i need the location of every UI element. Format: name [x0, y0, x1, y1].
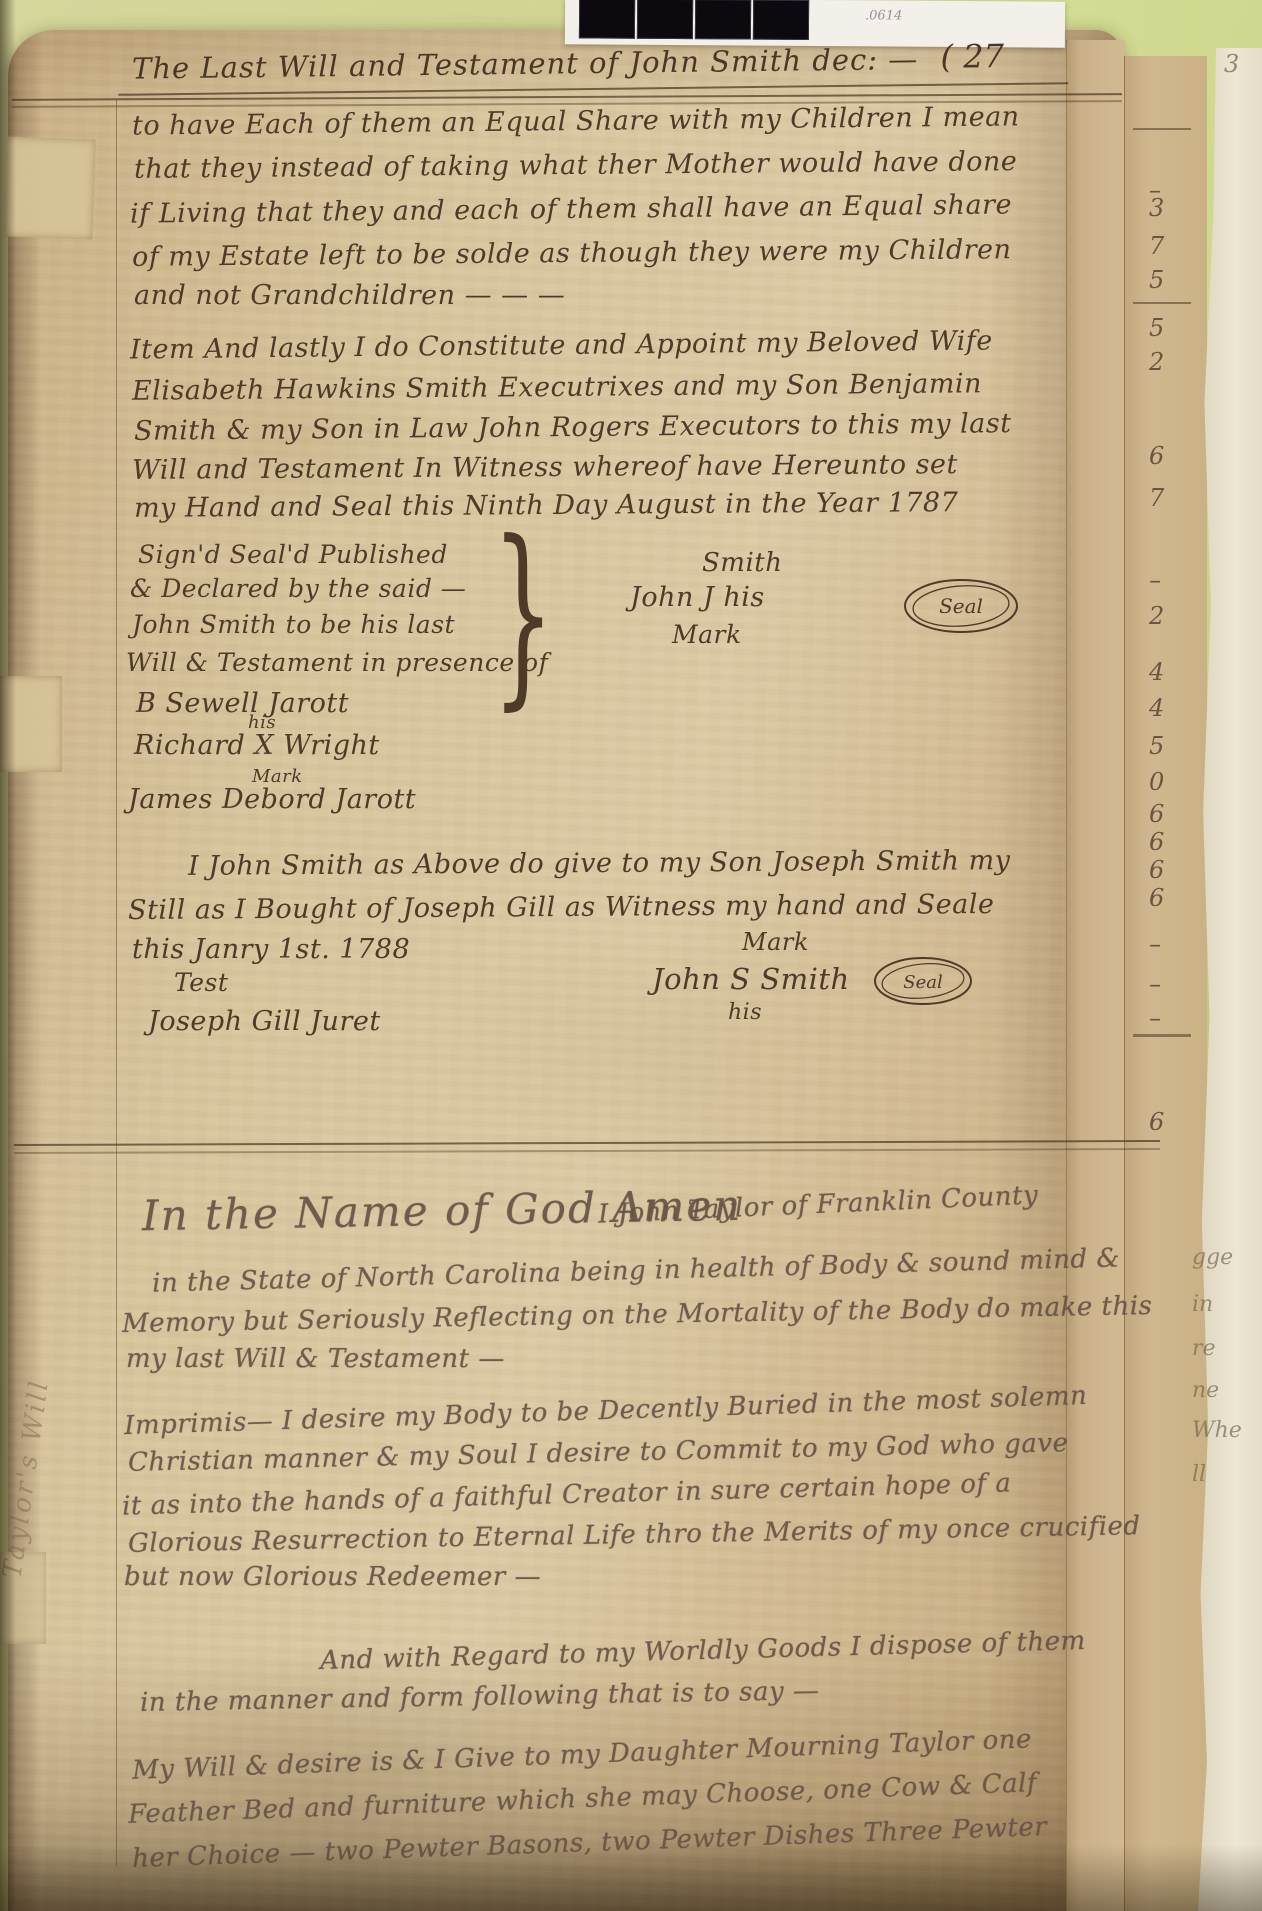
will-text-line: Will and Testament In Witness whereof ha…: [132, 449, 958, 486]
seal-stamp: Seal: [898, 570, 1024, 642]
codicil-mark-label: Mark: [742, 928, 809, 956]
margin-rule: [1133, 128, 1191, 130]
margin-number: –: [1149, 566, 1161, 594]
signature-name: John J his: [630, 582, 765, 613]
page-number: ( 27: [940, 37, 1004, 76]
margin-number: 5: [1149, 266, 1164, 294]
calibration-label: .0614: [865, 8, 902, 23]
edge-page-number: 3: [1224, 50, 1240, 78]
signature-mark-label: Mark: [672, 620, 742, 649]
margin-number: 3: [1149, 194, 1164, 222]
svg-text:Seal: Seal: [939, 594, 983, 618]
margin-number: 6: [1149, 884, 1164, 912]
bleed-fragment: gge: [1192, 1245, 1233, 1270]
margin-number: 4: [1149, 694, 1164, 722]
will-text-line: and not Grandchildren — — —: [134, 280, 565, 311]
calibration-square: [753, 0, 809, 40]
archival-scan: – 3 7 5 5 2 6 7 – 2 4 4 5 0 6 6 6 6 – – …: [0, 0, 1262, 1911]
bleed-fragment: ll: [1192, 1462, 1206, 1487]
witness-name: Richard X Wright: [134, 730, 380, 761]
codicil-line: I John Smith as Above do give to my Son …: [188, 845, 1011, 882]
attestation-line: John Smith to be his last: [132, 610, 455, 639]
test-witness-name: Joseph Gill Juret: [148, 1006, 381, 1037]
calibration-square: [579, 0, 635, 39]
margin-number: 2: [1149, 602, 1164, 630]
will-text-line: but now Glorious Redeemer —: [124, 1562, 541, 1592]
codicil-line: this Janry 1st. 1788: [132, 934, 410, 965]
margin-number: 0: [1149, 768, 1164, 796]
margin-number: 6: [1149, 856, 1164, 884]
margin-number: 7: [1149, 484, 1164, 512]
margin-number: 5: [1149, 732, 1164, 760]
attestation-line: Sign'd Seal'd Published: [138, 540, 448, 569]
attestation-brace: }: [492, 500, 554, 728]
margin-rule: [1133, 302, 1191, 304]
bleed-fragment: ne: [1192, 1378, 1219, 1403]
tape-patch: [4, 136, 95, 239]
margin-number: 2: [1149, 348, 1164, 376]
signature-surname: Smith: [702, 548, 782, 578]
attestation-line: & Declared by the said —: [130, 574, 466, 603]
witness-name: B Sewell Jarott: [136, 688, 349, 719]
codicil-line: Still as I Bought of Joseph Gill as Witn…: [128, 889, 995, 926]
document-title: The Last Will and Testament of John Smit…: [132, 42, 919, 86]
margin-number: 7: [1149, 232, 1164, 260]
calibration-square: [695, 0, 751, 40]
svg-text:Seal: Seal: [903, 972, 943, 993]
calibration-square: [637, 0, 693, 39]
bleed-fragment: in: [1192, 1292, 1213, 1317]
margin-number: 5: [1149, 314, 1164, 342]
test-label: Test: [174, 968, 228, 997]
margin-number: 6: [1149, 800, 1164, 828]
witness-name: James Debord Jarott: [128, 784, 416, 815]
margin-number: 6: [1149, 828, 1164, 856]
margin-number: 6: [1149, 1108, 1164, 1136]
margin-number: 4: [1149, 658, 1164, 686]
bleed-fragment: re: [1192, 1336, 1216, 1361]
margin-number: –: [1149, 970, 1161, 998]
margin-rule-thick: [1133, 1034, 1191, 1037]
torn-paper-edge: [1198, 48, 1262, 1911]
margin-number-strip: – 3 7 5 5 2 6 7 – 2 4 4 5 0 6 6 6 6 – – …: [1124, 56, 1207, 1911]
bleed-fragment: Whe: [1192, 1418, 1242, 1443]
margin-number: 6: [1149, 442, 1164, 470]
tape-patch: [0, 676, 62, 772]
will-text-line: my last Will & Testament —: [126, 1344, 505, 1374]
margin-number: –: [1149, 1004, 1161, 1032]
margin-number: –: [1149, 930, 1161, 958]
codicil-signature-name: John S Smith: [652, 962, 850, 996]
codicil-his-label: his: [728, 1000, 762, 1025]
attestation-line: Will & Testament in presence of: [126, 648, 548, 677]
margin-rule-vertical: [116, 100, 117, 1866]
seal-stamp: Seal: [868, 948, 978, 1014]
